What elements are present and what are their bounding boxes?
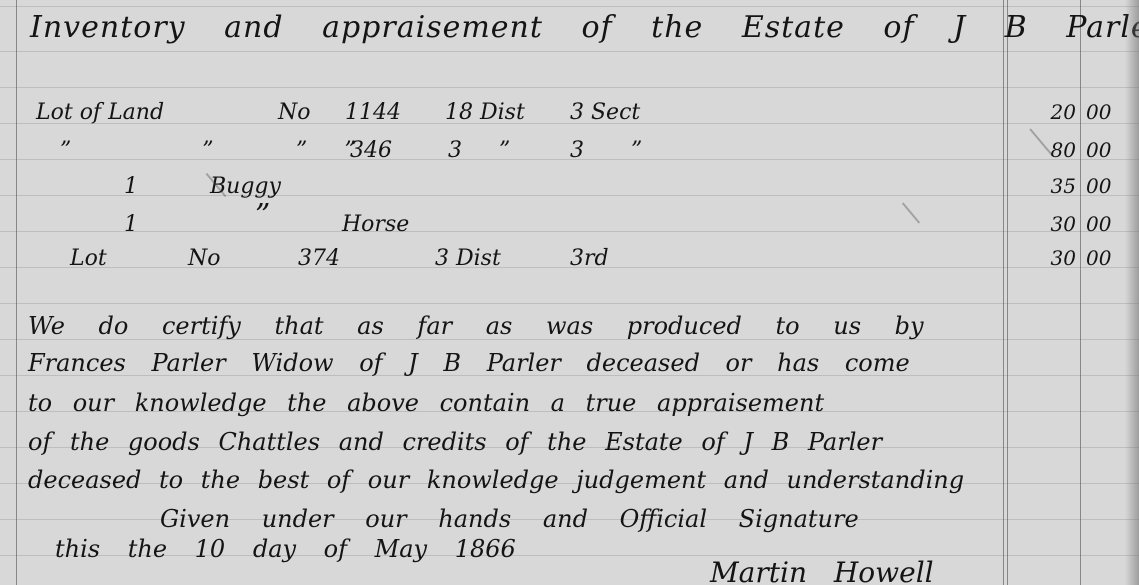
certification-line: deceased to the best of our knowledge ju…: [28, 466, 964, 494]
inventory-row: 1 ” Horse 30 00: [0, 212, 1139, 248]
certification-line: Frances Parler Widow of J B Parler decea…: [28, 349, 910, 377]
no-label: No: [278, 100, 311, 125]
amount-dollars: 20: [1030, 100, 1076, 124]
inventory-row: 1 Buggy 35 00: [0, 174, 1139, 210]
ditto-mark: ”: [255, 198, 270, 233]
inventory-row: ” ” ” ” 346 3 ” 3 ” 80 00: [0, 138, 1139, 174]
lot-number: 374: [298, 246, 340, 271]
amount-dollars: 30: [1030, 212, 1076, 236]
certification-line: of the goods Chattles and credits of the…: [28, 428, 882, 456]
margin-rule: [16, 0, 17, 585]
item-description: Lot: [70, 246, 107, 271]
lot-number: 1144: [345, 100, 401, 125]
amount-dollars: 30: [1030, 246, 1076, 270]
district: 18 Dist: [445, 100, 525, 125]
item-quantity: 1: [124, 212, 138, 237]
date-line: this the 10 day of May 1866: [55, 535, 516, 563]
cents-column-rule: [1080, 0, 1081, 585]
no-label: ”: [296, 138, 307, 163]
amount-dollars: 80: [1030, 138, 1076, 162]
item-quantity: 1: [124, 174, 138, 199]
amount-cents: 00: [1086, 138, 1116, 162]
section: 3 ”: [570, 138, 642, 163]
inventory-row: Lot of Land No 1144 18 Dist 3 Sect 20 00: [0, 100, 1139, 136]
district: 3 Dist: [435, 246, 501, 271]
amount-cents: 00: [1086, 174, 1116, 198]
document-title: Inventory and appraisement of the Estate…: [30, 10, 1139, 45]
certification-line: We do certify that as far as was produce…: [28, 312, 924, 340]
lot-number: 346: [350, 138, 392, 163]
ledger-page: Inventory and appraisement of the Estate…: [0, 0, 1139, 585]
inventory-row: Lot No 374 3 Dist 3rd 30 00: [0, 246, 1139, 282]
dollars-column-rule-right: [1007, 0, 1008, 585]
section: 3 Sect: [570, 100, 640, 125]
district: 3 ”: [448, 138, 510, 163]
dollars-column-rule-left: [1003, 0, 1004, 585]
amount-cents: 00: [1086, 100, 1116, 124]
appraiser-signature: Martin Howell: [710, 556, 934, 585]
item-description: Horse: [342, 212, 409, 237]
certification-line: to our knowledge the above contain a tru…: [28, 389, 824, 417]
no-label: No: [188, 246, 221, 271]
certification-line: Given under our hands and Official Signa…: [160, 505, 859, 533]
amount-cents: 00: [1086, 246, 1116, 270]
amount-dollars: 35: [1030, 174, 1076, 198]
section: 3rd: [570, 246, 609, 271]
item-description: Buggy: [210, 174, 281, 199]
amount-cents: 00: [1086, 212, 1116, 236]
item-description: Lot of Land: [36, 100, 164, 125]
